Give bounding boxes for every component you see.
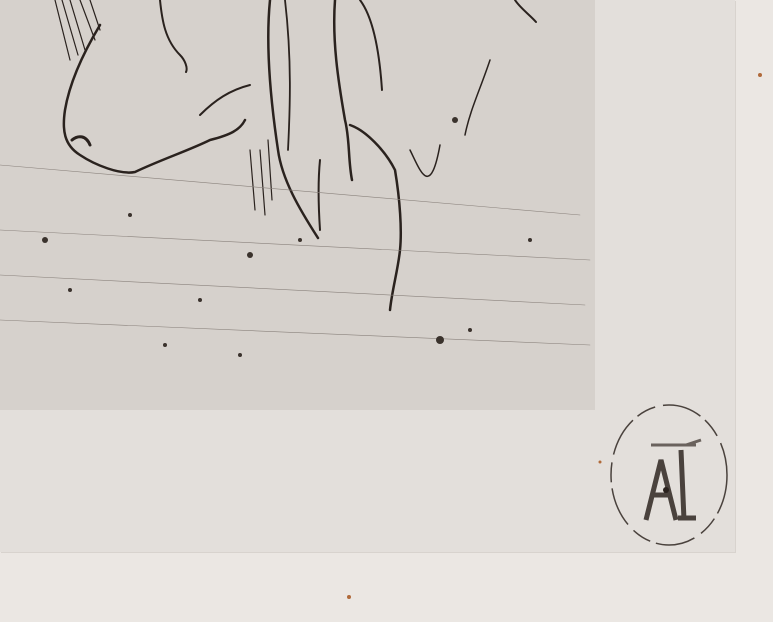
collector-stamp: AT [606,400,732,550]
monogram-stamp-icon [606,400,732,550]
